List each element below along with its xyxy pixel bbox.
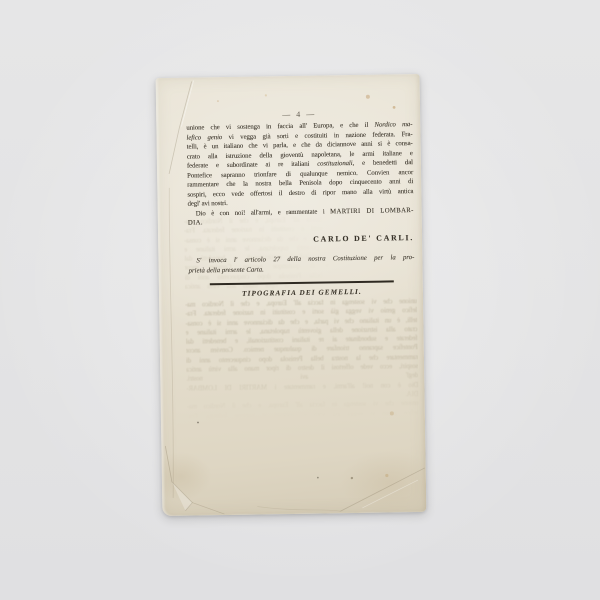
text-segment: DIA. bbox=[188, 219, 203, 226]
ghost-line: unione che vi sostenga in faccia all' Eu… bbox=[187, 399, 419, 412]
text-segment: MARTIRI DI LOMBAR- bbox=[330, 207, 414, 215]
ghost-line: Pontefice sapranno trionfare di qualunqu… bbox=[186, 343, 418, 356]
ghost-line: unione che vi sostenga in faccia all' Eu… bbox=[185, 297, 417, 310]
ghost-line: DIA. bbox=[187, 390, 419, 403]
ghost-line: telli, è un italiano che vi parla, e che… bbox=[185, 316, 417, 329]
text-segment: lefico genio bbox=[186, 134, 222, 142]
page-number: — 4 — bbox=[186, 108, 412, 121]
ghost-line: Dio è con noi! all'armi, e rammentate i … bbox=[186, 381, 418, 394]
divider-rule bbox=[210, 280, 394, 284]
text-segment: Nordico ma- bbox=[374, 121, 412, 129]
text-segment: , e benedetti dal bbox=[352, 159, 413, 167]
ghost-line: degl' avi nostri. bbox=[186, 371, 418, 384]
ghost-line: rammentare che la nostra bella Penisola … bbox=[186, 353, 418, 366]
copyright-footnote: S' invoca l' articolo 27 della nostra Co… bbox=[188, 253, 414, 276]
ghost-line: lefico genio vi vegga già sorti e costit… bbox=[187, 409, 419, 422]
text-segment: sospiri, ecco vede offertosi il destro d… bbox=[187, 188, 413, 199]
text-segment: federate e subordinate ai re italiani bbox=[187, 161, 317, 170]
text-segment: costituzionali bbox=[317, 160, 352, 168]
text-segment: S' invoca l' articolo 27 della nostra Co… bbox=[196, 254, 414, 264]
body-text: unione che vi sostenga in faccia all' Eu… bbox=[186, 120, 414, 228]
text-segment: prietà della presente Carta. bbox=[189, 266, 264, 274]
text-segment: degl' avi nostri. bbox=[188, 200, 228, 208]
author-signature: CARLO DE' CARLI. bbox=[188, 233, 414, 246]
printer-imprint: TIPOGRAFIA DEI GEMELLI. bbox=[189, 287, 415, 299]
ghost-line: crato alla istruzione della gioventù nap… bbox=[186, 325, 418, 338]
show-through-text: unione che vi sostenga in faccia all' Eu… bbox=[185, 297, 419, 421]
ghost-line: federate e subordinate ai re italiani co… bbox=[186, 334, 418, 347]
text-segment: Dio è con noi! all'armi, e rammentate i bbox=[196, 208, 331, 217]
ghost-line: lefico genio vi vegga già sorti e costit… bbox=[185, 306, 417, 319]
ghost-line: sospiri, ecco vede offertosi il destro d… bbox=[186, 362, 418, 375]
document-page: unione che vi sostenga in faccia all' Eu… bbox=[156, 74, 427, 516]
